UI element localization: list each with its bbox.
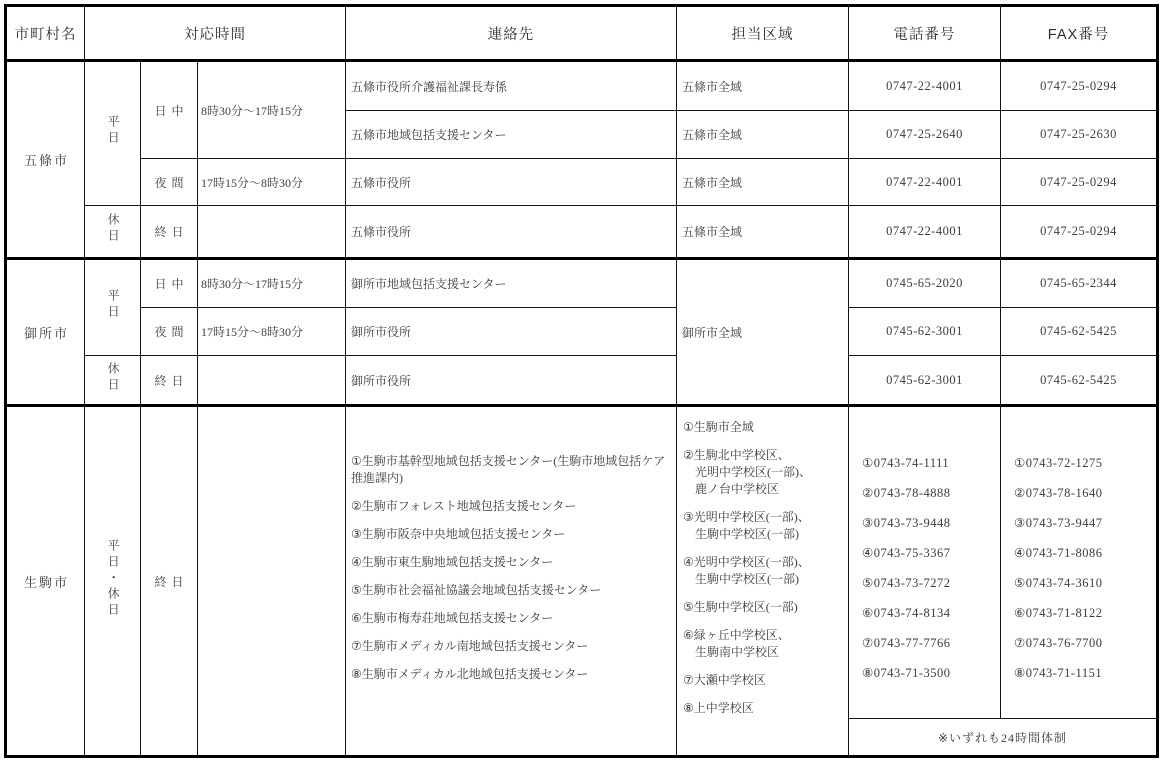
ikoma-daytype-cell: 平日・休日 (85, 406, 141, 757)
contact-cell: 五條市役所介護福祉課長寿係 (346, 61, 677, 111)
period-cell: 終日 (141, 406, 198, 757)
gojo-holiday-cell: 休日 (85, 206, 141, 259)
phone-item: ①0743-74-1111 (862, 455, 998, 472)
contact-item: ②生駒市フォレスト地域包括支援センター (351, 498, 672, 515)
gose-row-3: 休日 終日 御所市役所 0745-62-3001 0745-62-5425 (6, 356, 1158, 406)
col-header-fax: FAX番号 (1001, 6, 1158, 61)
gojo-row-4: 休日 終日 五條市役所 五條市全域 0747-22-4001 0747-25-0… (6, 206, 1158, 259)
contact-item: ⑧生駒市メディカル北地域包括支援センター (351, 666, 672, 683)
area-item: ②生駒北中学校区、 光明中学校区(一部)、 鹿ノ台中学校区 (683, 447, 846, 498)
contact-item: ④生駒市東生駒地域包括支援センター (351, 554, 672, 571)
period-cell: 日中 (141, 259, 198, 308)
note-24h: ※いずれも24時間体制 (849, 719, 1158, 757)
phone-item: ⑥0743-74-8134 (862, 605, 998, 622)
phone-item: ②0743-78-4888 (862, 485, 998, 502)
fax-item: ⑤0743-74-3610 (1014, 575, 1154, 592)
holiday-label: 休日 (106, 362, 119, 394)
ikoma-city-cell: 生駒市 (6, 406, 85, 757)
contact-item: ①生駒市基幹型地域包括支援センター(生駒市地域包括ケア推進課内) (351, 453, 672, 487)
contact-item: ⑤生駒市社会福祉協議会地域包括支援センター (351, 582, 672, 599)
col-header-area: 担当区域 (677, 6, 849, 61)
contact-item: ⑥生駒市梅寿荘地域包括支援センター (351, 610, 672, 627)
phone-item: ④0743-75-3367 (862, 545, 998, 562)
col-header-municipality: 市町村名 (6, 6, 85, 61)
contact-cell: 御所市役所 (346, 308, 677, 356)
col-header-phone: 電話番号 (849, 6, 1001, 61)
col-header-contact: 連絡先 (346, 6, 677, 61)
phone-item: ⑤0743-73-7272 (862, 575, 998, 592)
time-range-cell: 8時30分〜17時15分 (198, 61, 346, 159)
phone-item: ⑦0743-77-7766 (862, 635, 998, 652)
fax-cell: 0745-62-5425 (1001, 308, 1158, 356)
period-cell: 夜間 (141, 159, 198, 206)
fax-item: ⑦0743-76-7700 (1014, 635, 1154, 652)
time-range-cell: 17時15分〜8時30分 (198, 308, 346, 356)
phone-cell: 0745-62-3001 (849, 308, 1001, 356)
fax-item: ①0743-72-1275 (1014, 455, 1154, 472)
fax-item: ⑥0743-71-8122 (1014, 605, 1154, 622)
time-range-cell: 8時30分〜17時15分 (198, 259, 346, 308)
contact-cell: 御所市役所 (346, 356, 677, 406)
ikoma-contact-list: ①生駒市基幹型地域包括支援センター(生駒市地域包括ケア推進課内) ②生駒市フォレ… (346, 406, 677, 757)
col-header-hours: 対応時間 (85, 6, 346, 61)
time-range-cell (198, 406, 346, 757)
area-item: ③光明中学校区(一部)、 生駒中学校区(一部) (683, 509, 846, 543)
fax-cell: 0747-25-2630 (1001, 111, 1158, 159)
gojo-row-1: 五條市 平日 日中 8時30分〜17時15分 五條市役所介護福祉課長寿係 五條市… (6, 61, 1158, 111)
gose-row-2: 夜間 17時15分〜8時30分 御所市役所 0745-62-3001 0745-… (6, 308, 1158, 356)
area-cell: 五條市全域 (677, 111, 849, 159)
ikoma-area-list: ①生駒市全域 ②生駒北中学校区、 光明中学校区(一部)、 鹿ノ台中学校区 ③光明… (677, 406, 849, 757)
contact-cell: 五條市役所 (346, 159, 677, 206)
ikoma-phone-list: ①0743-74-1111 ②0743-78-4888 ③0743-73-944… (849, 406, 1001, 719)
time-range-cell (198, 206, 346, 259)
fax-cell: 0745-62-5425 (1001, 356, 1158, 406)
weekday-label: 平日 (106, 289, 119, 321)
gose-holiday-cell: 休日 (85, 356, 141, 406)
time-range-cell (198, 356, 346, 406)
contact-cell: 五條市役所 (346, 206, 677, 259)
area-cell: 五條市全域 (677, 159, 849, 206)
time-range-cell: 17時15分〜8時30分 (198, 159, 346, 206)
area-item: ⑧上中学校区 (683, 700, 846, 717)
period-cell: 日中 (141, 61, 198, 159)
fax-item: ⑧0743-71-1151 (1014, 665, 1154, 682)
ikoma-fax-list: ①0743-72-1275 ②0743-78-1640 ③0743-73-944… (1001, 406, 1158, 719)
fax-item: ③0743-73-9447 (1014, 515, 1154, 532)
gojo-row-3: 夜間 17時15分〜8時30分 五條市役所 五條市全域 0747-22-4001… (6, 159, 1158, 206)
fax-cell: 0747-25-0294 (1001, 206, 1158, 259)
phone-cell: 0745-65-2020 (849, 259, 1001, 308)
phone-cell: 0747-22-4001 (849, 206, 1001, 259)
contact-item: ③生駒市阪奈中央地域包括支援センター (351, 526, 672, 543)
holiday-label: 休日 (106, 213, 119, 245)
area-item: ⑤生駒中学校区(一部) (683, 599, 846, 616)
contact-item: ⑦生駒市メディカル南地域包括支援センター (351, 638, 672, 655)
phone-item: ⑧0743-71-3500 (862, 665, 998, 682)
area-item: ④光明中学校区(一部)、 生駒中学校区(一部) (683, 554, 846, 588)
gose-area-cell: 御所市全域 (677, 259, 849, 406)
period-cell: 終日 (141, 356, 198, 406)
phone-cell: 0745-62-3001 (849, 356, 1001, 406)
phone-cell: 0747-22-4001 (849, 159, 1001, 206)
header-row: 市町村名 対応時間 連絡先 担当区域 電話番号 FAX番号 (6, 6, 1158, 61)
area-cell: 五條市全域 (677, 206, 849, 259)
weekday-holiday-label: 平日・休日 (106, 539, 119, 619)
phone-cell: 0747-22-4001 (849, 61, 1001, 111)
phone-item: ③0743-73-9448 (862, 515, 998, 532)
area-item: ⑦大瀬中学校区 (683, 672, 846, 689)
fax-cell: 0747-25-0294 (1001, 159, 1158, 206)
contact-cell: 御所市地域包括支援センター (346, 259, 677, 308)
area-item: ①生駒市全域 (683, 419, 846, 436)
period-cell: 終日 (141, 206, 198, 259)
area-cell: 五條市全域 (677, 61, 849, 111)
gose-weekday-cell: 平日 (85, 259, 141, 356)
weekday-label: 平日 (106, 115, 119, 147)
gojo-city-cell: 五條市 (6, 61, 85, 259)
gose-row-1: 御所市 平日 日中 8時30分〜17時15分 御所市地域包括支援センター 御所市… (6, 259, 1158, 308)
area-item: ⑥緑ヶ丘中学校区、 生駒南中学校区 (683, 627, 846, 661)
ikoma-row-1: 生駒市 平日・休日 終日 ①生駒市基幹型地域包括支援センター(生駒市地域包括ケア… (6, 406, 1158, 719)
period-cell: 夜間 (141, 308, 198, 356)
contact-cell: 五條市地域包括支援センター (346, 111, 677, 159)
municipal-contact-table: 市町村名 対応時間 連絡先 担当区域 電話番号 FAX番号 五條市 平日 日中 … (4, 4, 1159, 758)
fax-item: ④0743-71-8086 (1014, 545, 1154, 562)
phone-cell: 0747-25-2640 (849, 111, 1001, 159)
fax-cell: 0747-25-0294 (1001, 61, 1158, 111)
gose-city-cell: 御所市 (6, 259, 85, 406)
fax-item: ②0743-78-1640 (1014, 485, 1154, 502)
fax-cell: 0745-65-2344 (1001, 259, 1158, 308)
gojo-weekday-cell: 平日 (85, 61, 141, 206)
